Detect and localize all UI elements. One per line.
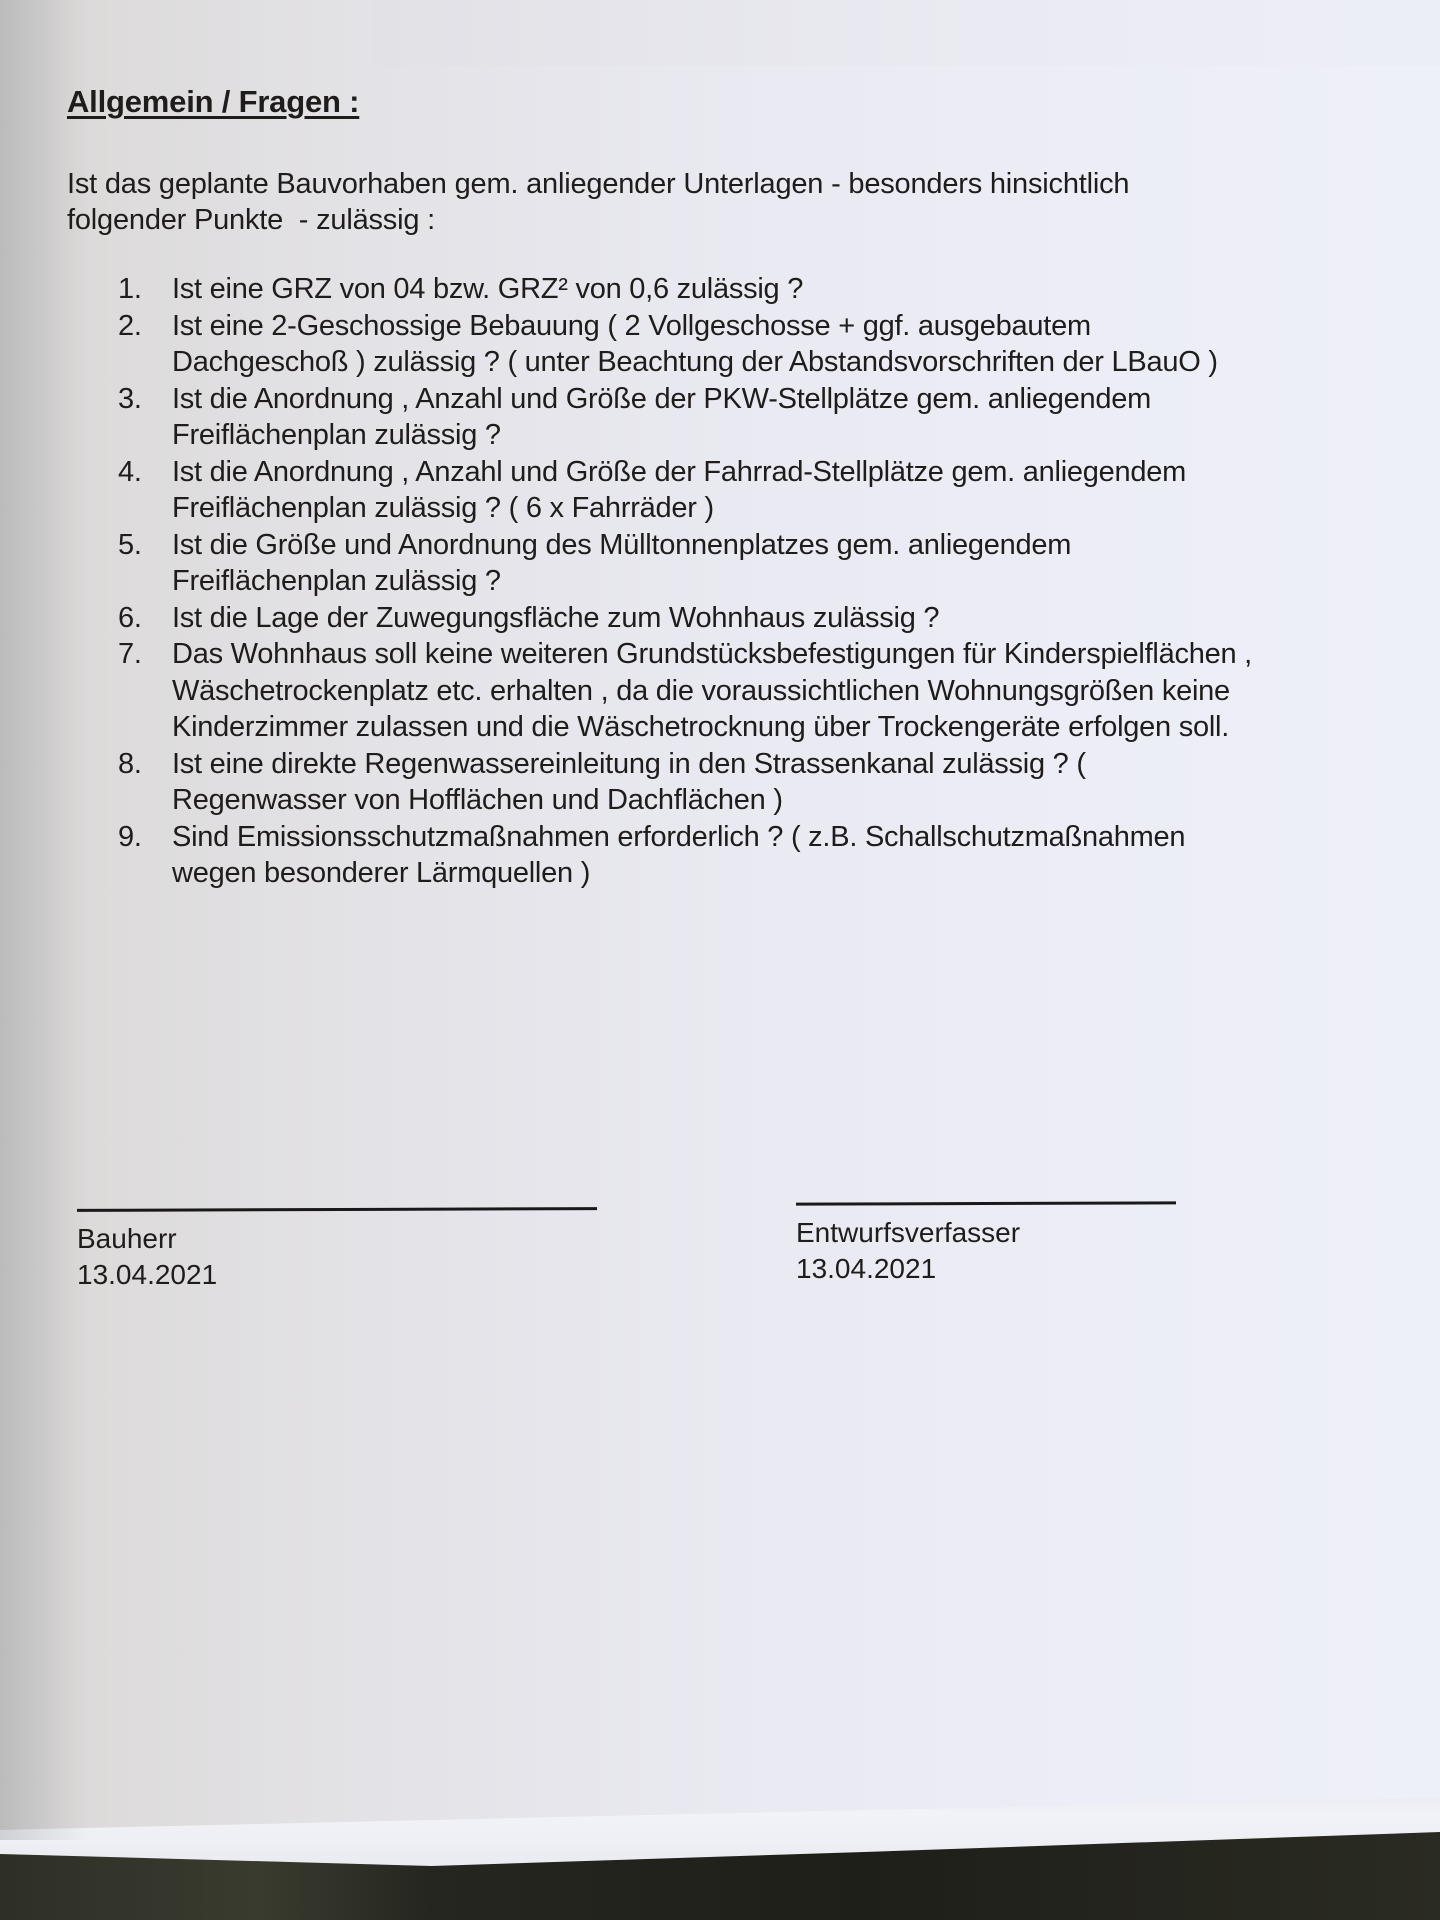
photo-scene: Allgemein / Fragen : Ist das geplante Ba… (0, 0, 1440, 1920)
question-item: 3. Ist die Anordnung , Anzahl und Größe … (118, 381, 1378, 454)
signature-line (796, 1201, 1176, 1205)
question-line: wegen besonderer Lärmquellen ) (172, 855, 1378, 892)
question-number: 9. (118, 819, 158, 856)
question-line: Sind Emissionsschutzmaßnahmen erforderli… (172, 819, 1378, 856)
signature-block-entwurfsverfasser: Entwurfsverfasser 13.04.2021 (796, 1202, 1176, 1287)
signature-line (77, 1207, 597, 1212)
signature-label: Entwurfsverfasser (796, 1215, 1176, 1251)
question-item: 8. Ist eine direkte Regenwassereinleitun… (118, 746, 1378, 819)
question-line: Freiflächenplan zulässig ? ( 6 x Fahrräd… (172, 490, 1378, 527)
question-item: 7. Das Wohnhaus soll keine weiteren Grun… (118, 636, 1378, 746)
question-line: Ist die Lage der Zuwegungsfläche zum Woh… (172, 600, 1378, 637)
signature-label: Bauherr (77, 1221, 597, 1257)
question-line: Kinderzimmer zulassen und die Wäschetroc… (172, 709, 1378, 746)
question-item: 4. Ist die Anordnung , Anzahl und Größe … (118, 454, 1378, 527)
question-line: Wäschetrockenplatz etc. erhalten , da di… (172, 673, 1378, 710)
question-line: Freiflächenplan zulässig ? (172, 563, 1378, 600)
question-item: 9. Sind Emissionsschutzmaßnahmen erforde… (118, 819, 1378, 892)
question-line: Das Wohnhaus soll keine weiteren Grundst… (172, 636, 1378, 673)
question-line: Ist die Größe und Anordnung des Mülltonn… (172, 527, 1378, 564)
question-number: 1. (118, 271, 158, 308)
question-number: 4. (118, 454, 158, 491)
question-number: 2. (118, 308, 158, 345)
question-item: 2. Ist eine 2-Geschossige Bebauung ( 2 V… (118, 308, 1378, 381)
intro-line: Ist das geplante Bauvorhaben gem. anlieg… (67, 166, 1347, 202)
question-number: 6. (118, 600, 158, 637)
question-line: Freiflächenplan zulässig ? (172, 417, 1378, 454)
question-line: Ist die Anordnung , Anzahl und Größe der… (172, 381, 1378, 418)
question-line: Dachgeschoß ) zulässig ? ( unter Beachtu… (172, 344, 1378, 381)
question-line: Ist eine 2-Geschossige Bebauung ( 2 Voll… (172, 308, 1378, 345)
intro-line: folgender Punkte - zulässig : (67, 202, 1347, 238)
question-item: 1. Ist eine GRZ von 04 bzw. GRZ² von 0,6… (118, 271, 1378, 308)
intro-paragraph: Ist das geplante Bauvorhaben gem. anlieg… (67, 166, 1347, 238)
signature-block-bauherr: Bauherr 13.04.2021 (77, 1208, 597, 1293)
section-heading: Allgemein / Fragen : (67, 84, 359, 120)
question-line: Ist die Anordnung , Anzahl und Größe der… (172, 454, 1378, 491)
question-number: 8. (118, 746, 158, 783)
question-line: Regenwasser von Hofflächen und Dachfläch… (172, 782, 1378, 819)
question-line: Ist eine direkte Regenwassereinleitung i… (172, 746, 1378, 783)
question-list: 1. Ist eine GRZ von 04 bzw. GRZ² von 0,6… (118, 271, 1378, 892)
question-number: 7. (118, 636, 158, 673)
signature-date: 13.04.2021 (77, 1257, 597, 1293)
question-item: 5. Ist die Größe und Anordnung des Müllt… (118, 527, 1378, 600)
question-item: 6. Ist die Lage der Zuwegungsfläche zum … (118, 600, 1378, 637)
question-number: 5. (118, 527, 158, 564)
paper-overlap-strip (372, 0, 1440, 66)
question-line: Ist eine GRZ von 04 bzw. GRZ² von 0,6 zu… (172, 271, 1378, 308)
signature-date: 13.04.2021 (796, 1251, 1176, 1287)
question-number: 3. (118, 381, 158, 418)
